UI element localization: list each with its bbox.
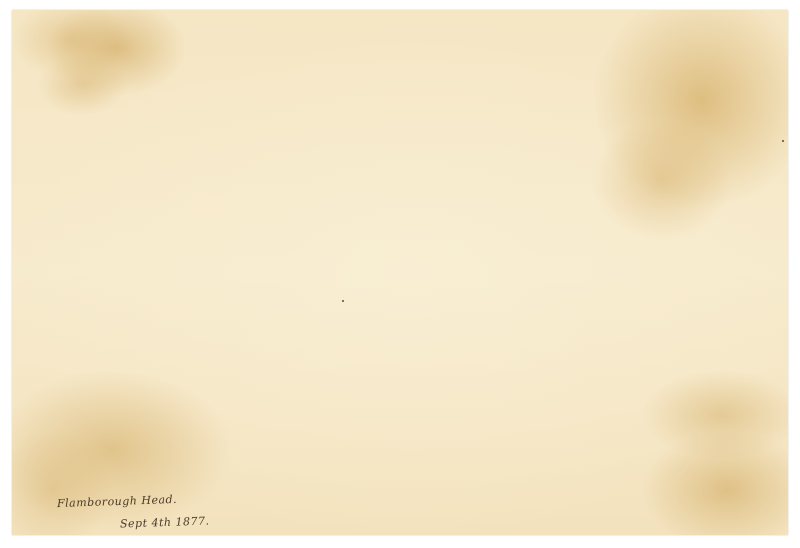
aged-paper-card — [12, 10, 788, 535]
ink-speck — [782, 140, 784, 142]
ink-speck — [342, 300, 344, 302]
